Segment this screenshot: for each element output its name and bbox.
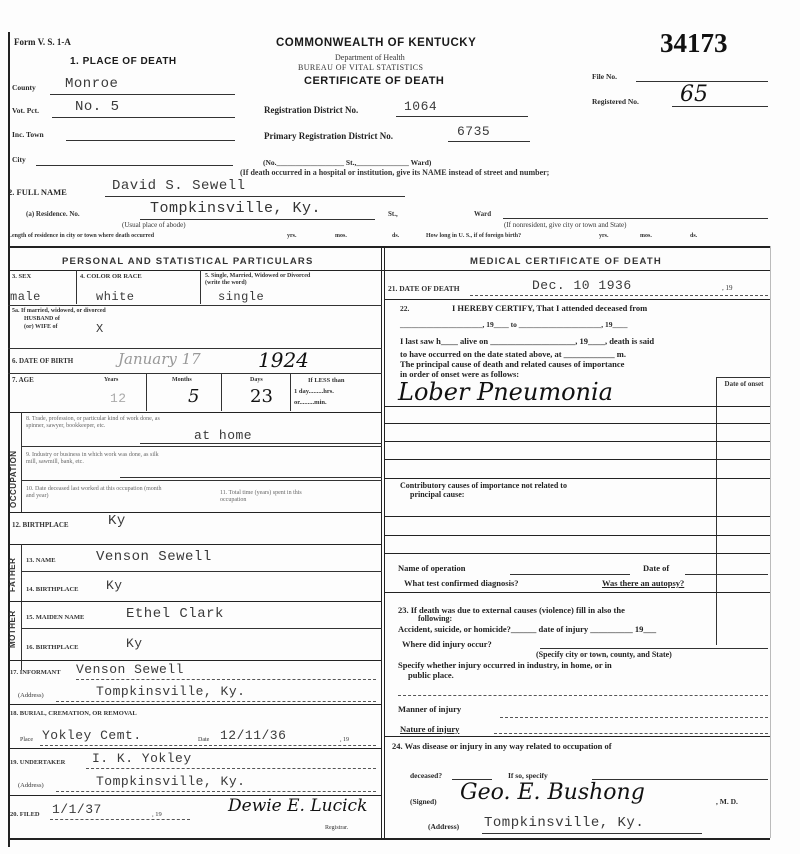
dob-label: 6. DATE OF BIRTH bbox=[12, 357, 73, 365]
specify-city-note: (Specify city or town, county, and State… bbox=[536, 650, 672, 659]
specify-whether-2: public place. bbox=[408, 670, 454, 680]
residence-label: (a) Residence. No. bbox=[26, 210, 80, 218]
filed-value: 1/1/37 bbox=[52, 802, 102, 817]
informant-address-value: Tompkinsville, Ky. bbox=[96, 684, 245, 699]
trade-value: at home bbox=[194, 428, 252, 443]
file-no-label: File No. bbox=[592, 72, 617, 81]
nature-label: Nature of injury bbox=[400, 724, 459, 734]
birthplace-value: Ky bbox=[108, 513, 126, 529]
nonresident-note: (If nonresident, give city or town and S… bbox=[504, 221, 626, 229]
inc-town-label: Inc. Town bbox=[12, 130, 44, 139]
registered-no-label: Registered No. bbox=[592, 97, 639, 106]
father-birthplace-label: 14. BIRTHPLACE bbox=[26, 586, 79, 593]
months-value: 5 bbox=[188, 386, 199, 407]
reg-district-value: 1064 bbox=[404, 99, 437, 114]
date-of-label: Date of bbox=[643, 563, 669, 573]
color-label: 4. COLOR OR RACE bbox=[80, 273, 142, 280]
burial-place-label: Place bbox=[20, 737, 33, 743]
days-value: 23 bbox=[250, 386, 273, 407]
days-label: Days bbox=[250, 377, 263, 383]
physician-signature: Geo. E. Bushong bbox=[460, 780, 645, 805]
marital-label: 5. Single, Married, Widowed or Divorced … bbox=[205, 273, 325, 287]
primary-reg-label: Primary Registration District No. bbox=[264, 131, 393, 141]
last-saw-line: I last saw h____ alive on ______________… bbox=[400, 336, 654, 346]
age-label: 7. AGE bbox=[12, 376, 34, 384]
contributory-1: Contributory causes of importance not re… bbox=[400, 481, 567, 490]
manner-label: Manner of injury bbox=[398, 704, 461, 714]
occupation-side-label: OCCUPATION bbox=[9, 450, 18, 508]
father-name-label: 13. NAME bbox=[26, 557, 56, 564]
months-label: Months bbox=[172, 377, 192, 383]
bureau-name: BUREAU OF VITAL STATISTICS bbox=[298, 63, 423, 72]
usual-place-note: (Usual place of abode) bbox=[122, 221, 186, 229]
spouse-label-c: (or) WIFE of bbox=[24, 324, 58, 330]
deceased-label: deceased? bbox=[410, 771, 442, 780]
md-label: , M. D. bbox=[716, 797, 738, 806]
occurred-line: to have occurred on the date stated abov… bbox=[400, 349, 626, 359]
where-injury-label: Where did injury occur? bbox=[402, 639, 492, 649]
informant-address-label: (Address) bbox=[18, 692, 44, 699]
filed-19: , 19 bbox=[152, 811, 162, 818]
sex-value: male bbox=[10, 290, 41, 304]
mos-label: mos. bbox=[335, 233, 347, 239]
date-death-label: 21. DATE OF DEATH bbox=[388, 284, 460, 293]
residence-value: Tompkinsville, Ky. bbox=[150, 200, 321, 217]
full-name-label: 2. FULL NAME bbox=[8, 187, 67, 197]
spouse-value: X bbox=[96, 322, 104, 336]
less-than-label: If LESS than bbox=[308, 377, 345, 384]
burial-19: , 19 bbox=[340, 737, 349, 743]
how-long-us-label: How long in U. S., if of foreign birth? bbox=[426, 233, 521, 239]
st-label: St., bbox=[388, 210, 398, 218]
filed-label: 20. FILED bbox=[10, 811, 40, 818]
or-min: or.........min. bbox=[294, 399, 327, 406]
undertaker-address-value: Tompkinsville, Ky. bbox=[96, 774, 245, 789]
us-mos-label: mos. bbox=[640, 233, 652, 239]
primary-reg-value: 6735 bbox=[457, 124, 490, 139]
undertaker-value: I. K. Yokley bbox=[92, 751, 192, 766]
registrar-signature: Dewie E. Lucick bbox=[228, 796, 367, 816]
mother-birthplace-value: Ky bbox=[126, 636, 143, 651]
registrar-label: Registrar. bbox=[325, 825, 348, 831]
ward-label: Ward bbox=[474, 210, 491, 218]
us-ds-label: ds. bbox=[690, 233, 697, 239]
specify-whether-1: Specify whether injury occurred in indus… bbox=[398, 660, 612, 670]
accident-label: Accident, suicide, or homicide?______ da… bbox=[398, 624, 656, 634]
us-yrs-label: yrs. bbox=[599, 233, 609, 239]
certificate-number: 34173 bbox=[660, 28, 728, 59]
certificate-title: CERTIFICATE OF DEATH bbox=[304, 75, 444, 87]
test-label: What test confirmed diagnosis? bbox=[404, 578, 519, 588]
date-onset-label: Date of onset bbox=[722, 380, 766, 389]
signed-label: (Signed) bbox=[410, 797, 437, 806]
burial-date-label: Date bbox=[198, 737, 209, 743]
undertaker-address-label: (Address) bbox=[18, 782, 44, 789]
certify-num: 22. bbox=[400, 304, 409, 313]
burial-place-value: Yokley Cemt. bbox=[42, 728, 142, 743]
operation-label: Name of operation bbox=[398, 563, 466, 573]
length-residence-label: Length of residence in city or town wher… bbox=[8, 233, 154, 239]
mother-maiden-label: 15. MAIDEN NAME bbox=[26, 614, 84, 621]
physician-address-value: Tompkinsville, Ky. bbox=[484, 815, 644, 831]
father-name-value: Venson Sewell bbox=[96, 549, 212, 565]
vot-pct-value: No. 5 bbox=[75, 99, 120, 115]
mother-birthplace-label: 16. BIRTHPLACE bbox=[26, 644, 79, 651]
father-side-label: FATHER bbox=[8, 558, 17, 592]
form-id: Form V. S. 1-A bbox=[14, 37, 71, 47]
personal-section-title: PERSONAL AND STATISTICAL PARTICULARS bbox=[62, 256, 314, 267]
burial-date-value: 12/11/36 bbox=[220, 728, 286, 743]
county-value: Monroe bbox=[65, 76, 118, 92]
section-place-of-death: 1. PLACE OF DEATH bbox=[70, 56, 177, 67]
external-causes-2: following: bbox=[418, 614, 452, 623]
spouse-label-a: 5a. If married, widowed, or divorced bbox=[12, 308, 106, 314]
yrs-label: yrs. bbox=[287, 233, 297, 239]
total-time-label: 11. Total time (years) spent in this occ… bbox=[220, 490, 320, 504]
hospital-note: (If death occurred in a hospital or inst… bbox=[240, 168, 549, 177]
from-to-line: ______________________, 19____ to ______… bbox=[400, 320, 628, 329]
certify-text: I HEREBY CERTIFY, That I attended deceas… bbox=[452, 303, 647, 313]
city-label: City bbox=[12, 155, 26, 164]
color-value: white bbox=[96, 290, 135, 304]
if-so-label: If so, specify bbox=[508, 771, 548, 780]
registered-no-value: 65 bbox=[680, 82, 708, 107]
spouse-label-b: HUSBAND of bbox=[24, 316, 60, 322]
medical-section-title: MEDICAL CERTIFICATE OF DEATH bbox=[470, 256, 662, 267]
dob-month: January 17 bbox=[118, 350, 201, 368]
address-line: (No.__________________ St.,_____________… bbox=[263, 158, 431, 167]
trade-label: 8. Trade, profession, or particular kind… bbox=[26, 416, 166, 430]
date-death-19: , 19 bbox=[722, 284, 733, 292]
death-certificate: Form V. S. 1-A 1. PLACE OF DEATH COMMONW… bbox=[0, 0, 800, 854]
birthplace-label: 12. BIRTHPLACE bbox=[12, 521, 69, 529]
reg-district-label: Registration District No. bbox=[264, 105, 358, 115]
father-birthplace-value: Ky bbox=[106, 578, 123, 593]
sex-label: 3. SEX bbox=[12, 273, 31, 280]
full-name-value: David S. Sewell bbox=[112, 178, 246, 194]
principal-cause-1: The principal cause of death and related… bbox=[400, 359, 624, 369]
date-death-value: Dec. 10 1936 bbox=[532, 278, 632, 293]
informant-value: Venson Sewell bbox=[76, 662, 184, 677]
certificate-heading: COMMONWEALTH OF KENTUCKY bbox=[276, 37, 476, 49]
undertaker-label: 19. UNDERTAKER bbox=[10, 759, 65, 766]
marital-value: single bbox=[218, 290, 264, 304]
department-name: Department of Health bbox=[335, 53, 405, 62]
industry-label: 9. Industry or business in which work wa… bbox=[26, 452, 166, 466]
years-value: 12 bbox=[110, 391, 127, 406]
vot-pct-label: Vot. Pct. bbox=[12, 106, 39, 115]
autopsy-label: Was there an autopsy? bbox=[602, 578, 684, 588]
dob-year: 1924 bbox=[258, 348, 309, 372]
cause-of-death-value: Lober Pneumonia bbox=[398, 378, 613, 406]
mother-maiden-value: Ethel Clark bbox=[126, 606, 224, 622]
physician-address-label: (Address) bbox=[428, 822, 459, 831]
date-last-worked-label: 10. Date deceased last worked at this oc… bbox=[26, 486, 166, 500]
county-label: County bbox=[12, 83, 36, 92]
occupation-related-1: 24. Was disease or injury in any way rel… bbox=[392, 741, 612, 751]
mother-side-label: MOTHER bbox=[8, 610, 17, 648]
years-label: Years bbox=[104, 377, 118, 383]
contributory-2: principal cause: bbox=[410, 490, 464, 499]
burial-label: 18. BURIAL, CREMATION, OR REMOVAL bbox=[10, 710, 137, 717]
day-hrs: 1 day.........hrs. bbox=[294, 388, 334, 395]
ds-label: ds. bbox=[392, 233, 399, 239]
informant-label: 17. INFORMANT bbox=[10, 669, 61, 676]
